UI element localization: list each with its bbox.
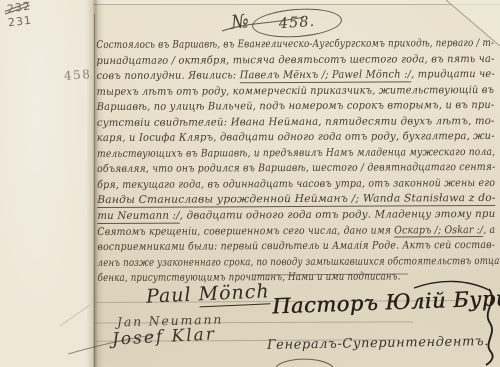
text-segment: восприемниками были: первый свидѣтель и …: [97, 239, 495, 253]
text-segment: тырехъ лѣтъ отъ роду, коммерческій прика…: [97, 84, 495, 98]
signature-text: Paul: [146, 284, 192, 308]
signature-paul-monch: Paul Mönch: [146, 280, 270, 307]
underlined-text-segment: Оскаръ /; Oskar :/: [394, 224, 483, 238]
text-segment: каря, и Іосифа Кляръ, двадцати одного го…: [97, 130, 495, 144]
text-segment: , тридцати че-: [411, 68, 495, 80]
signature-josef-klar: Josef Klar: [112, 324, 217, 349]
page-fold-line: [94, 14, 95, 367]
text-segment: , двадцати одного года отъ роду. Младенц…: [180, 208, 496, 222]
text-segment: бря, текущаго года, въ одиннадцать часов…: [97, 177, 495, 191]
scanned-register-page: 232 231 458 № 458. Состоялось въ Варшавѣ…: [0, 0, 500, 367]
text-segment: ленъ позже узаконеннаго срока, по поводу…: [98, 255, 500, 269]
manuscript-line: Состоялось въ Варшавѣ, въ Евангелическо-…: [96, 33, 496, 51]
text-segment: совъ пополудни. Явились:: [97, 69, 240, 82]
text-segment: Состоялось въ Варшавѣ, въ Евангелическо-…: [96, 37, 494, 51]
underlined-text-segment: Павелъ Мёнхъ /; Pawel Mönch :/: [240, 68, 411, 82]
underlined-text-segment: mu Neumann :/: [97, 210, 180, 224]
text-segment: Святомъ крещеніи, совершенномъ сего числ…: [97, 224, 394, 238]
text-segment: ринадцатаго / октября, тысяча девятьсотъ…: [96, 53, 494, 67]
text-segment: Варшавѣ, по улицѣ Вильчей, подъ номеромъ…: [97, 99, 495, 113]
text-segment: тельствующихъ въ Варшавѣ, и предъявилъ Н…: [97, 146, 495, 160]
manuscript-line-text: ленъ позже узаконеннаго срока, по поводу…: [98, 254, 500, 272]
next-entry-oval-arc: [276, 359, 333, 367]
underlined-text-segment: Ванды Станиславы урожденной Нейманъ /; W…: [97, 192, 496, 208]
page-top-edge-line: [93, 4, 500, 5]
pencil-entry-number-margin: 458: [64, 67, 92, 83]
numero-sign: №: [230, 10, 250, 34]
text-segment: , а: [483, 224, 495, 236]
record-number: 458.: [278, 14, 315, 32]
text-segment: сутствіи свидѣтелей: Ивана Неймана, пяти…: [97, 115, 495, 129]
signature-title-general-superintendent: Генералъ-Суперинтендентъ.: [267, 334, 489, 353]
text-segment: объявляя, что онъ родился въ Варшавѣ, ше…: [97, 161, 495, 175]
manuscript-body: Состоялось въ Варшавѣ, въ Евангелическо-…: [96, 33, 497, 284]
signature-text-underlined: Mönch: [198, 280, 270, 307]
signature-pastor-bursche: Пасторъ Юлій Бурше: [272, 286, 500, 319]
adjacent-page-margin: [0, 0, 93, 367]
